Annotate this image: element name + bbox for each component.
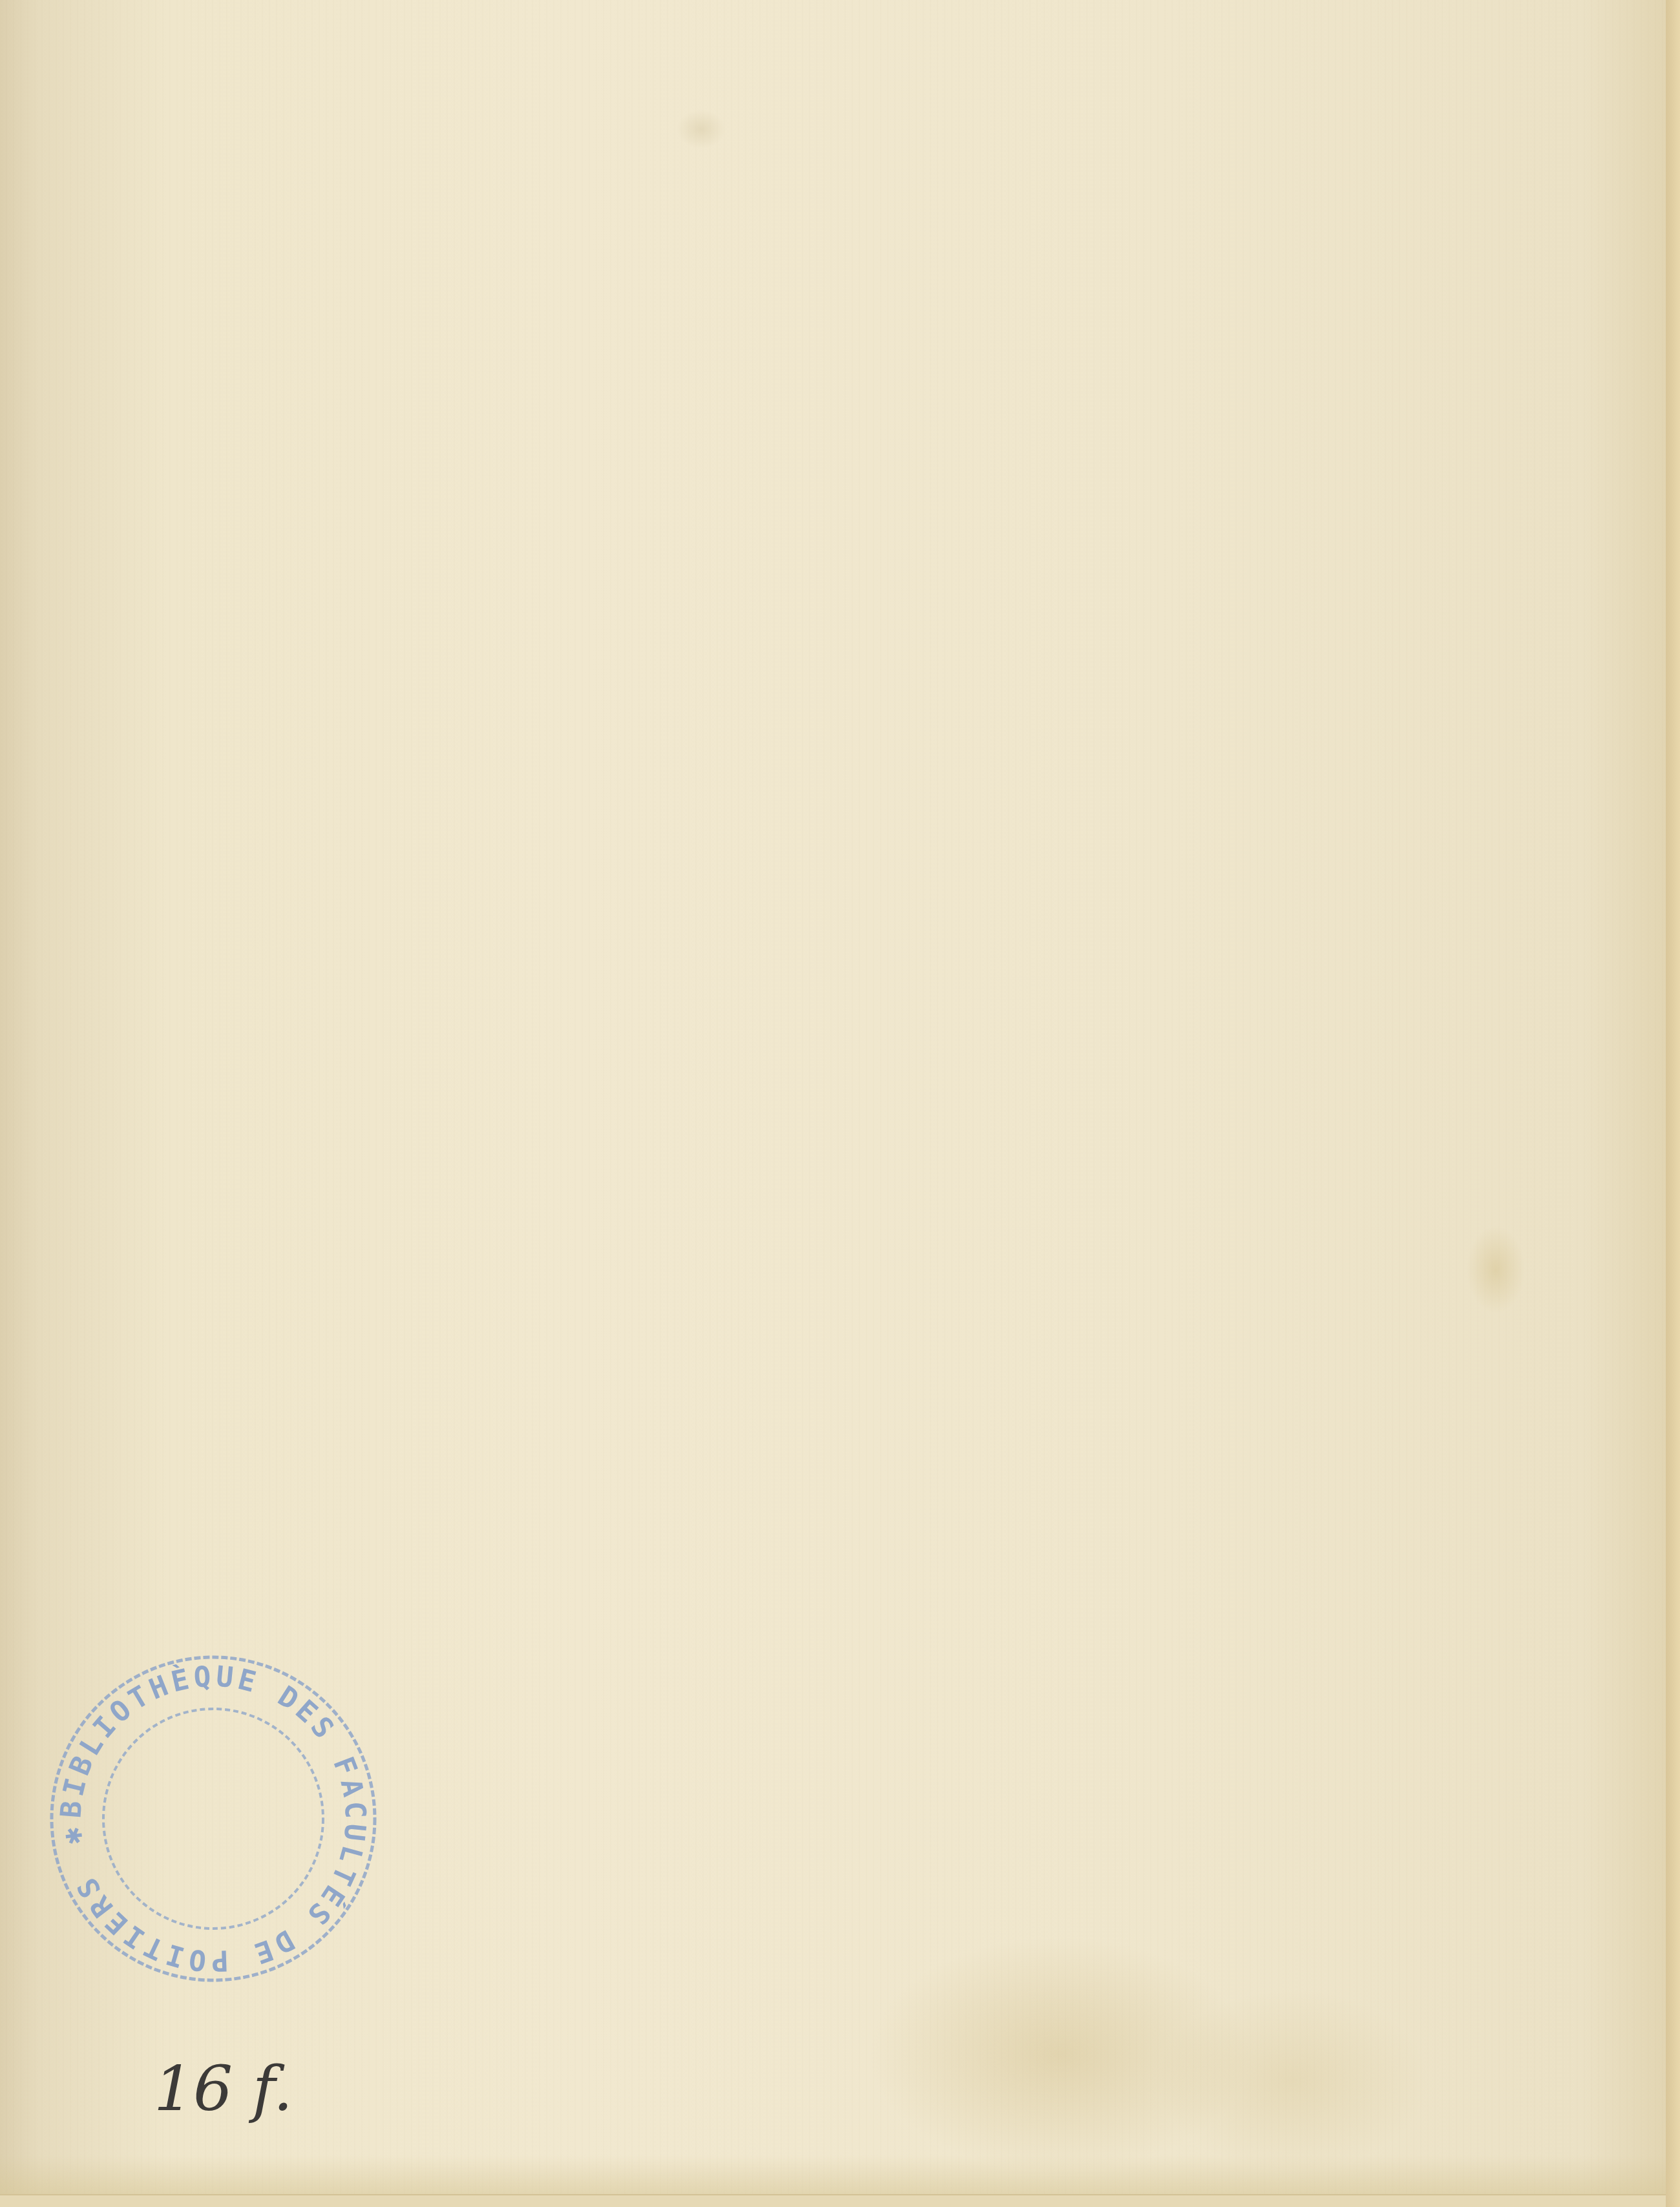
page-edge [1666, 0, 1680, 2207]
stamp-seal-icon: BIBLIOTHÈQUE DES FACULTÉS DE POITIERS ✱ [45, 1651, 381, 1987]
library-stamp: BIBLIOTHÈQUE DES FACULTÉS DE POITIERS ✱ [45, 1651, 381, 1987]
handwritten-folio-count: 16 f. [154, 2058, 293, 2120]
document-scan: BIBLIOTHÈQUE DES FACULTÉS DE POITIERS ✱ … [0, 0, 1680, 2207]
paper-page: BIBLIOTHÈQUE DES FACULTÉS DE POITIERS ✱ … [0, 0, 1667, 2195]
